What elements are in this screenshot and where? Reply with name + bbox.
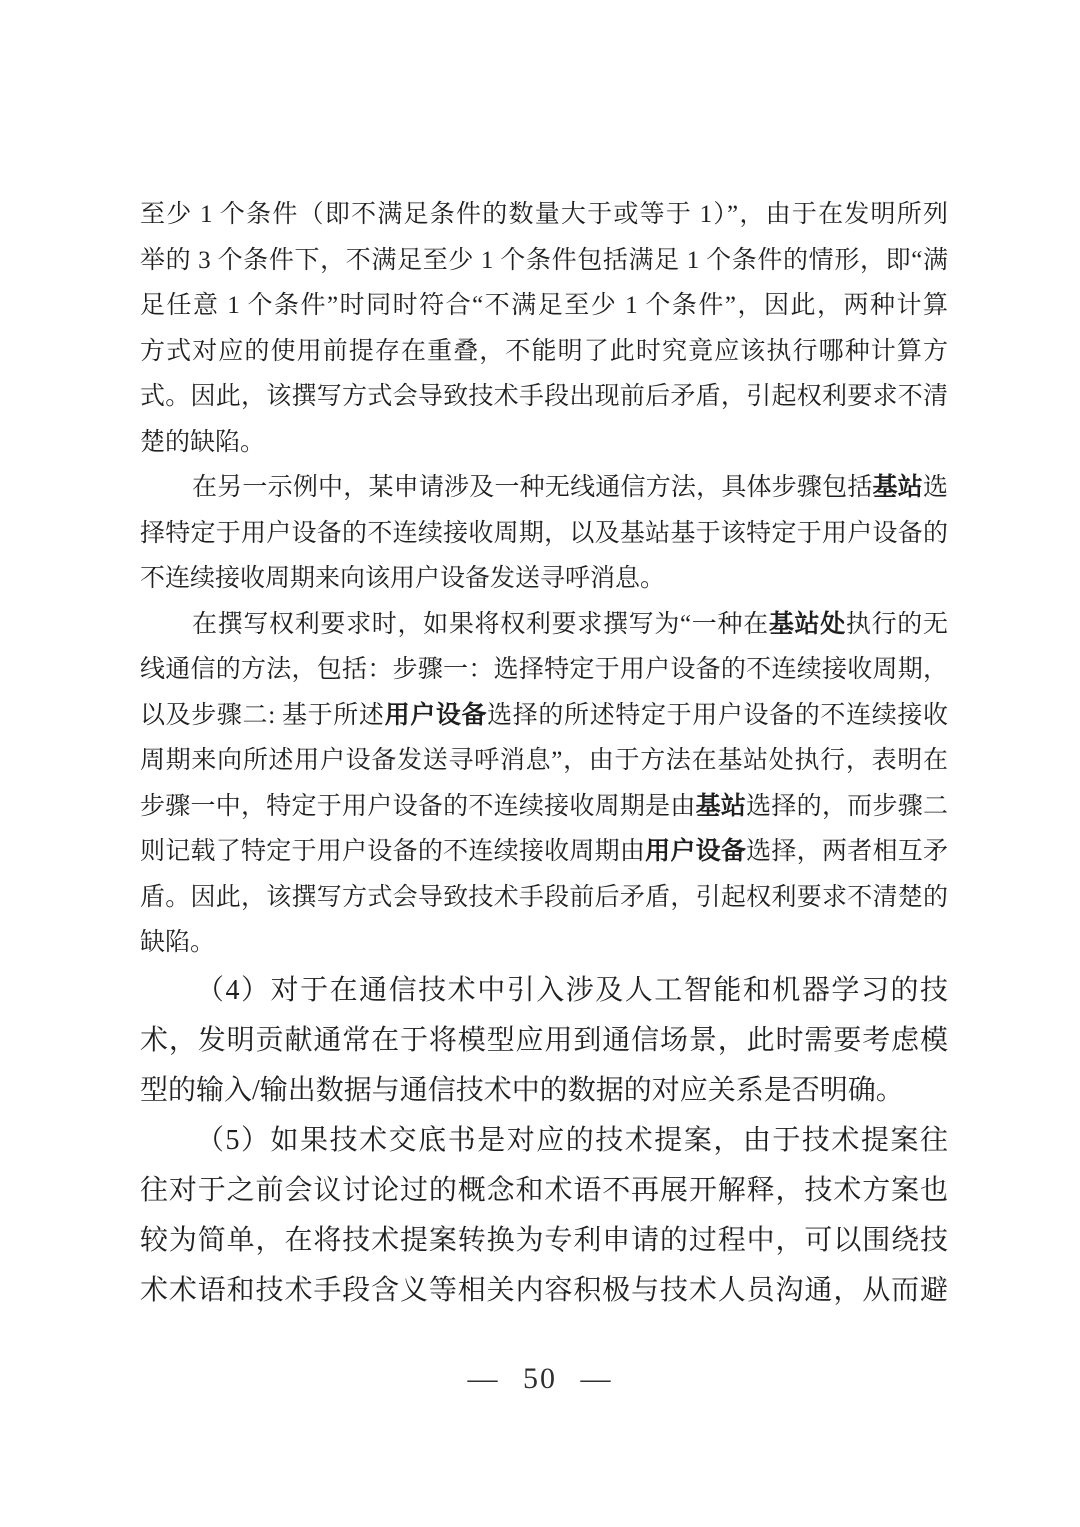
text-run: 在撰写权利要求时，如果将权利要求撰写为“一种在 [192, 611, 769, 638]
paragraph: 至少 1 个条件（即不满足条件的数量大于或等于 1）”，由于在发明所列举的 3 … [140, 192, 948, 465]
paragraph: 在另一示例中，某申请涉及一种无线通信方法，具体步骤包括基站选择特定于用户设备的不… [140, 465, 948, 602]
text-line: 至少 1 个条件（即不满足条件的数量大于或等于 1）”，由于在发明所列 [140, 192, 948, 238]
text-line: 较为简单，在将技术提案转换为专利申请的过程中，可以围绕技 [140, 1216, 948, 1266]
text-line: 楚的缺陷。 [140, 420, 948, 466]
text-run: 方式对应的使用前提存在重叠，不能明了此时究竟应该执行哪种计算方 [140, 338, 948, 365]
page-number: — 50 — [468, 1362, 613, 1395]
text-run: 选择的所述特定于用户设备的不连续接收 [487, 702, 948, 729]
text-run: 线通信的方法，包括：步骤一：选择特定于用户设备的不连续接收周期， [140, 656, 948, 683]
text-run: 步骤一中，特定于用户设备的不连续接收周期是由 [140, 793, 696, 820]
text-run: 执行的无 [846, 611, 948, 638]
text-run: （5）如果技术交底书是对应的技术提案，由于技术提案往 [196, 1125, 948, 1156]
text-run: 选择的，而步骤二 [746, 793, 948, 820]
text-line: （4）对于在通信技术中引入涉及人工智能和机器学习的技 [140, 966, 948, 1016]
text-run: 术，发明贡献通常在于将模型应用到通信场景，此时需要考虑模 [140, 1025, 948, 1056]
text-run: 选 [923, 474, 948, 501]
text-run: （4）对于在通信技术中引入涉及人工智能和机器学习的技 [196, 975, 948, 1006]
text-run: 举的 3 个条件下，不满足至少 1 个条件包括满足 1 个条件的情形，即“满 [140, 247, 948, 274]
bold-term: 基站 [873, 474, 923, 501]
text-line: （5）如果技术交底书是对应的技术提案，由于技术提案往 [140, 1116, 948, 1166]
text-line: 方式对应的使用前提存在重叠，不能明了此时究竟应该执行哪种计算方 [140, 329, 948, 375]
text-line: 举的 3 个条件下，不满足至少 1 个条件包括满足 1 个条件的情形，即“满 [140, 238, 948, 284]
text-run: 择特定于用户设备的不连续接收周期，以及基站基于该特定于用户设备的 [140, 520, 948, 547]
text-run: 足任意 1 个条件”时同时符合“不满足至少 1 个条件”，因此，两种计算 [140, 292, 948, 319]
text-run: 缺陷。 [140, 929, 215, 956]
text-line: 术术语和技术手段含义等相关内容积极与技术人员沟通，从而避 [140, 1266, 948, 1316]
text-run: 在另一示例中，某申请涉及一种无线通信方法，具体步骤包括 [192, 474, 873, 501]
text-line: 周期来向所述用户设备发送寻呼消息”，由于方法在基站处执行，表明在 [140, 738, 948, 784]
text-run: 楚的缺陷。 [140, 429, 265, 456]
page-footer: — 50 — [0, 1362, 1080, 1396]
text-line: 择特定于用户设备的不连续接收周期，以及基站基于该特定于用户设备的 [140, 511, 948, 557]
bold-term: 用户设备 [385, 702, 488, 729]
text-run: 不连续接收周期来向该用户设备发送寻呼消息。 [140, 565, 665, 592]
bold-term: 基站 [696, 793, 747, 820]
bold-term: 用户设备 [645, 838, 746, 865]
text-line: 则记载了特定于用户设备的不连续接收周期由用户设备选择，两者相互矛 [140, 829, 948, 875]
text-run: 盾。因此，该撰写方式会导致技术手段前后矛盾，引起权利要求不清楚的 [140, 884, 948, 911]
text-line: 线通信的方法，包括：步骤一：选择特定于用户设备的不连续接收周期， [140, 647, 948, 693]
text-line: 盾。因此，该撰写方式会导致技术手段前后矛盾，引起权利要求不清楚的 [140, 875, 948, 921]
text-run: 选择，两者相互矛 [746, 838, 948, 865]
text-line: 术，发明贡献通常在于将模型应用到通信场景，此时需要考虑模 [140, 1016, 948, 1066]
text-line: 在撰写权利要求时，如果将权利要求撰写为“一种在基站处执行的无 [140, 602, 948, 648]
text-run: 周期来向所述用户设备发送寻呼消息”，由于方法在基站处执行，表明在 [140, 747, 948, 774]
text-line: 往对于之前会议讨论过的概念和术语不再展开解释，技术方案也 [140, 1166, 948, 1216]
text-run: 则记载了特定于用户设备的不连续接收周期由 [140, 838, 645, 865]
text-run: 往对于之前会议讨论过的概念和术语不再展开解释，技术方案也 [140, 1175, 948, 1206]
text-run: 型的输入/输出数据与通信技术中的数据的对应关系是否明确。 [140, 1075, 904, 1106]
text-run: 术术语和技术手段含义等相关内容积极与技术人员沟通，从而避 [140, 1275, 948, 1306]
text-run: 式。因此，该撰写方式会导致技术手段出现前后矛盾，引起权利要求不清 [140, 383, 948, 410]
text-line: 以及步骤二: 基于所述用户设备选择的所述特定于用户设备的不连续接收 [140, 693, 948, 739]
text-line: 步骤一中，特定于用户设备的不连续接收周期是由基站选择的，而步骤二 [140, 784, 948, 830]
text-line: 式。因此，该撰写方式会导致技术手段出现前后矛盾，引起权利要求不清 [140, 374, 948, 420]
text-run: 较为简单，在将技术提案转换为专利申请的过程中，可以围绕技 [140, 1225, 948, 1256]
paragraph: （5）如果技术交底书是对应的技术提案，由于技术提案往往对于之前会议讨论过的概念和… [140, 1116, 948, 1316]
document-body: 至少 1 个条件（即不满足条件的数量大于或等于 1）”，由于在发明所列举的 3 … [140, 192, 948, 1316]
paragraph: 在撰写权利要求时，如果将权利要求撰写为“一种在基站处执行的无线通信的方法，包括：… [140, 602, 948, 966]
text-line: 型的输入/输出数据与通信技术中的数据的对应关系是否明确。 [140, 1066, 948, 1116]
document-page: 至少 1 个条件（即不满足条件的数量大于或等于 1）”，由于在发明所列举的 3 … [0, 0, 1080, 1527]
text-line: 缺陷。 [140, 920, 948, 966]
text-line: 不连续接收周期来向该用户设备发送寻呼消息。 [140, 556, 948, 602]
text-run: 至少 1 个条件（即不满足条件的数量大于或等于 1）”，由于在发明所列 [140, 201, 948, 228]
text-run: 以及步骤二: 基于所述 [140, 702, 385, 729]
bold-term: 基站处 [769, 611, 846, 638]
text-line: 在另一示例中，某申请涉及一种无线通信方法，具体步骤包括基站选 [140, 465, 948, 511]
text-line: 足任意 1 个条件”时同时符合“不满足至少 1 个条件”，因此，两种计算 [140, 283, 948, 329]
paragraph: （4）对于在通信技术中引入涉及人工智能和机器学习的技术，发明贡献通常在于将模型应… [140, 966, 948, 1116]
